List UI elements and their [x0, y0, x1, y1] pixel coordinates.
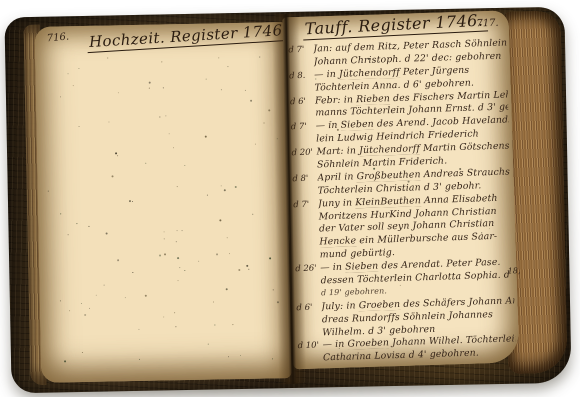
- age-speck: [268, 109, 270, 111]
- entry-date-margin: d 10': [298, 341, 323, 352]
- age-speck: [277, 301, 279, 303]
- entry-date-margin: [295, 245, 320, 246]
- age-speck: [184, 270, 185, 271]
- age-speck: [132, 272, 133, 273]
- age-speck: [184, 165, 185, 166]
- age-speck: [145, 163, 146, 164]
- age-speck: [227, 237, 228, 238]
- age-speck: [246, 264, 248, 266]
- age-speck: [61, 213, 62, 214]
- entry-text: mund gebürtig.: [320, 247, 396, 260]
- entry-date-margin: [294, 219, 319, 220]
- age-speck: [227, 66, 228, 67]
- age-speck: [393, 69, 394, 70]
- age-speck: [218, 57, 219, 58]
- entry-date-margin: d 7': [291, 122, 316, 133]
- age-speck: [115, 152, 117, 154]
- entry-date-margin: d 7': [288, 45, 313, 56]
- age-speck: [162, 61, 163, 62]
- age-speck: [105, 232, 107, 234]
- age-speck: [177, 230, 178, 231]
- age-speck: [232, 324, 233, 325]
- age-speck: [221, 185, 222, 186]
- age-speck: [129, 200, 131, 202]
- right-page: Tauff. Register 1746. 717. d 7'Jan: auf …: [282, 10, 519, 369]
- age-speck: [73, 85, 74, 86]
- age-speck: [149, 82, 151, 84]
- age-speck: [224, 189, 226, 191]
- age-speck: [59, 300, 60, 301]
- age-speck: [79, 126, 80, 127]
- age-speck: [181, 230, 182, 231]
- age-speck: [96, 295, 97, 296]
- entry-text: d 19' gebohren.: [321, 286, 387, 297]
- age-speck: [252, 214, 253, 215]
- age-speck: [264, 123, 265, 124]
- age-speck: [250, 100, 252, 102]
- age-speck: [138, 328, 139, 329]
- age-speck: [67, 235, 68, 236]
- entry-date-margin: d 26': [295, 264, 320, 275]
- age-speck: [273, 289, 274, 290]
- entry-date-margin: [292, 168, 317, 169]
- right-page-number: 717.: [476, 18, 499, 30]
- age-speck: [177, 257, 179, 259]
- entry-date-margin: [295, 258, 320, 259]
- entry-date-margin: [294, 232, 319, 233]
- age-speck: [108, 121, 109, 122]
- age-speck: [238, 269, 240, 271]
- entry-date-margin: [290, 116, 315, 117]
- age-speck: [489, 228, 490, 229]
- age-speck: [80, 303, 81, 304]
- age-speck: [174, 312, 175, 313]
- entry-date-margin: [291, 142, 316, 143]
- age-speck: [452, 83, 453, 84]
- left-page-number: 716.: [46, 31, 69, 44]
- age-speck: [132, 201, 133, 202]
- age-speck: [270, 258, 272, 260]
- age-speck: [107, 57, 108, 58]
- entry-date-margin: d 7': [293, 199, 318, 210]
- age-speck: [166, 115, 167, 116]
- age-speck: [214, 325, 215, 326]
- left-page: 716. Hochzeit. Register 1746.: [35, 22, 292, 383]
- age-speck: [176, 326, 177, 327]
- age-speck: [48, 191, 49, 192]
- age-speck: [245, 90, 246, 91]
- age-speck: [219, 219, 221, 221]
- age-speck: [78, 68, 79, 69]
- age-speck: [60, 97, 61, 98]
- entry-date-margin: d 20': [291, 148, 316, 159]
- age-speck: [139, 359, 140, 360]
- age-speck: [277, 138, 278, 139]
- age-speck: [228, 356, 229, 357]
- age-speck: [163, 87, 164, 88]
- age-speck: [111, 175, 113, 177]
- entry-date-margin: [298, 361, 323, 362]
- age-speck: [229, 253, 230, 254]
- age-speck: [148, 88, 149, 89]
- entry-date-margin: d 8.: [289, 70, 314, 81]
- entry-date-margin: [290, 90, 315, 91]
- age-speck: [159, 117, 160, 118]
- age-speck: [76, 223, 77, 224]
- age-speck: [89, 226, 90, 227]
- age-speck: [169, 134, 170, 135]
- age-speck: [163, 316, 164, 317]
- age-speck: [89, 308, 90, 309]
- entry-date-margin: [296, 295, 321, 296]
- age-speck: [260, 57, 261, 58]
- entry-date-margin: d 6': [290, 96, 315, 107]
- age-speck: [226, 288, 228, 290]
- left-page-title: Hochzeit. Register 1746.: [86, 21, 292, 51]
- age-speck: [205, 136, 207, 138]
- age-speck: [207, 195, 208, 196]
- age-speck: [65, 361, 67, 363]
- age-speck: [198, 261, 199, 262]
- age-speck: [179, 267, 180, 268]
- age-speck: [407, 181, 409, 183]
- entry-date-margin: [293, 193, 318, 194]
- age-speck: [177, 186, 178, 187]
- age-speck: [117, 259, 119, 261]
- age-speck: [367, 57, 369, 59]
- book-photo: 716. Hochzeit. Register 1746. Tauff. Reg…: [0, 0, 580, 397]
- entry-date-margin: [289, 64, 314, 65]
- age-speck: [213, 301, 214, 302]
- entry-date-margin: d 6': [296, 302, 321, 313]
- age-speck: [240, 355, 241, 356]
- age-speck: [373, 168, 375, 170]
- age-speck: [216, 254, 218, 256]
- age-speck: [82, 352, 83, 353]
- entry-date-margin: [297, 335, 322, 336]
- entry-date-margin: d 8': [292, 173, 317, 184]
- age-speck: [84, 314, 86, 316]
- age-speck: [164, 239, 165, 240]
- age-speck: [362, 201, 363, 202]
- open-book: 716. Hochzeit. Register 1746. Tauff. Reg…: [0, 0, 580, 397]
- age-speck: [272, 358, 273, 359]
- age-speck: [178, 281, 179, 282]
- age-speck: [117, 92, 118, 93]
- age-speck: [173, 147, 174, 148]
- age-speck: [69, 310, 70, 311]
- age-speck: [103, 284, 104, 285]
- age-speck: [315, 78, 316, 79]
- age-speck: [206, 78, 207, 79]
- age-speck: [176, 241, 177, 242]
- entry-date-margin: [296, 283, 321, 284]
- age-speck: [163, 231, 164, 232]
- age-speck: [117, 155, 118, 156]
- age-speck: [68, 73, 69, 74]
- age-speck: [125, 297, 126, 298]
- age-speck: [249, 269, 250, 270]
- age-speck: [145, 295, 147, 297]
- age-speck: [234, 186, 236, 188]
- entry-side-note: 18,: [508, 266, 521, 275]
- register-entries: d 7'Jan: auf dem Ritz, Peter Rasch Söhnl…: [288, 37, 516, 366]
- age-speck: [159, 255, 161, 257]
- age-speck: [221, 89, 222, 90]
- age-speck: [255, 144, 256, 145]
- entry-date-margin: [297, 322, 322, 323]
- age-speck: [208, 344, 209, 345]
- entry-text: Wilhelm. d 3' gebohren: [322, 323, 435, 338]
- age-speck: [164, 253, 166, 255]
